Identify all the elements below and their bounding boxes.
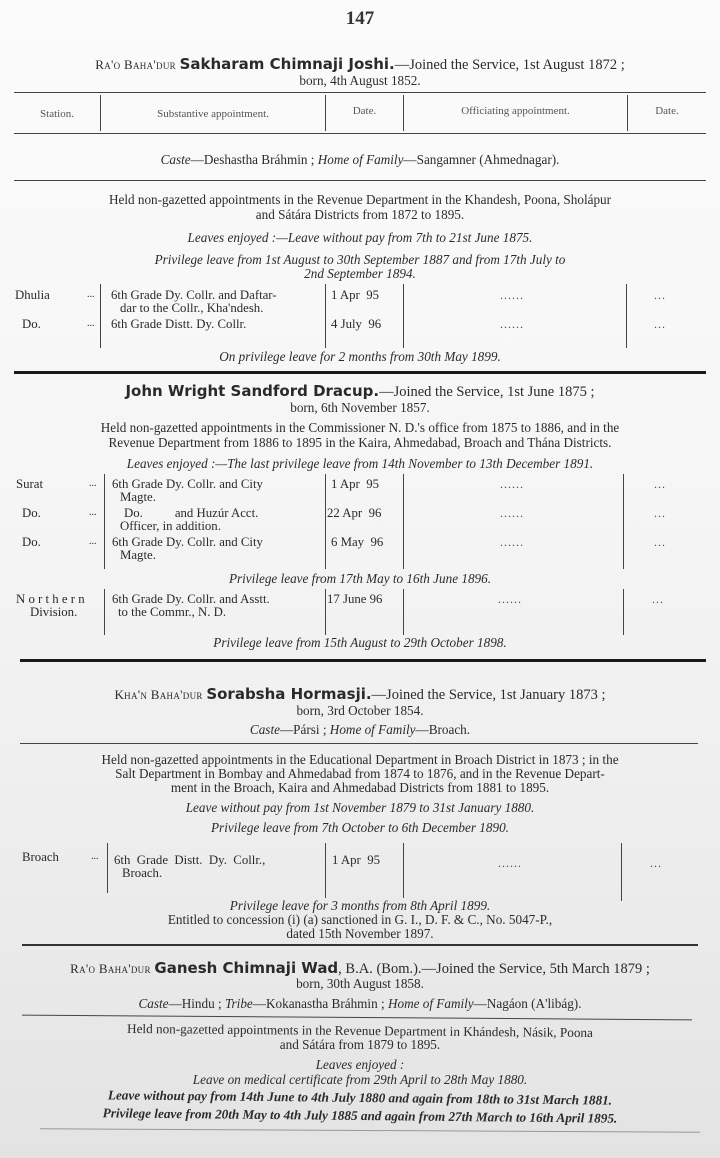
entry-3-name: Sorabsha Hormasji. <box>206 685 371 703</box>
entry-1-held-1: Held non-gazetted appointments in the Re… <box>0 192 720 207</box>
entry-2-joined: —Joined the Service, 1st June 1875 ; <box>379 384 594 400</box>
home-value: —Sangamner (Ahmednagar). <box>403 152 559 167</box>
entry-3-born: born, 3rd October 1854. <box>0 703 720 718</box>
row-substantive: 6th Grade Dy. Collr. and City <box>112 535 263 549</box>
row-officiating: ...... <box>500 477 524 492</box>
entry-3-note-2: Entitled to concession (i) (a) sanctione… <box>0 912 720 927</box>
entry-2-name: John Wright Sandford Dracup. <box>125 382 379 400</box>
row-officiating: ...... <box>500 506 524 521</box>
entry-separator <box>14 371 706 374</box>
caste-value: —Deshastha Bráhmin ; <box>191 152 315 167</box>
page-number: 147 <box>0 8 720 30</box>
row-substantive-cont: Magte. <box>120 490 156 504</box>
row-date-2: ... <box>654 535 666 550</box>
row-station: Surat <box>16 477 43 491</box>
entry-1-leaves-2: Privilege leave from 1st August to 30th … <box>0 252 720 267</box>
entry-2-born: born, 6th November 1857. <box>0 400 720 415</box>
table-row: Northern Division. 6th Grade Dy. Collr. … <box>0 592 720 622</box>
row-station: Do. <box>22 535 41 549</box>
row-leader-dots: ... <box>89 506 97 520</box>
row-date: 4 July 96 <box>331 317 381 331</box>
home-value: —Broach. <box>416 722 471 737</box>
row-date: 1 Apr 95 <box>331 477 379 491</box>
entry-separator <box>22 944 698 946</box>
row-date-2: ... <box>652 592 664 607</box>
row-station: Do. <box>22 506 41 520</box>
col-header-officiating: Officiating appointment. <box>404 105 627 117</box>
entry-3-caste-line: Caste—Pársi ; Home of Family—Broach. <box>0 722 720 737</box>
row-officiating: ...... <box>498 592 522 607</box>
entry-1-joined: —Joined the Service, 1st August 1872 ; <box>395 57 625 73</box>
entry-1-title: Ra'o Baha'dur Sakharam Chimnaji Joshi.—J… <box>0 56 720 73</box>
row-substantive: 6th Grade Dy. Collr. and Daftar- <box>111 288 277 302</box>
table-row: Broach ... 6th Grade Distt. Dy. Collr., … <box>0 850 720 880</box>
row-substantive-cont: dar to the Collr., Kha'ndesh. <box>120 301 263 315</box>
table-header-top-rule <box>14 92 706 93</box>
table-row: Dhulia ... 6th Grade Dy. Collr. and Daft… <box>0 288 720 318</box>
entry-2-title: John Wright Sandford Dracup.—Joined the … <box>0 383 720 400</box>
row-date-2: ... <box>654 288 666 303</box>
entry-3-title: Kha'n Baha'dur Sorabsha Hormasji.—Joined… <box>0 686 720 703</box>
home-value: —Nagáon (A'libág). <box>474 996 582 1011</box>
row-substantive-cont: Broach. <box>122 866 162 880</box>
row-date: 17 June 96 <box>327 592 382 606</box>
row-substantive-cont: Magte. <box>120 548 156 562</box>
table-header: Station. Substantive appointment. Date. … <box>14 95 706 131</box>
row-date: 1 Apr 95 <box>331 288 379 302</box>
col-header-date: Date. <box>326 105 403 117</box>
table-row: Do. ... Do. and Huzúr Acct. Officer, in … <box>0 506 720 536</box>
tribe-label: Tribe <box>225 996 253 1011</box>
entry-2-leaves-1: Leaves enjoyed :—The last privilege leav… <box>0 456 720 471</box>
table-row: Surat ... 6th Grade Dy. Collr. and City … <box>0 477 720 507</box>
row-date-2: ... <box>650 856 662 871</box>
entry-2-note-1: Privilege leave from 17th May to 16th Ju… <box>0 571 720 586</box>
row-leader-dots: ... <box>91 850 99 864</box>
home-label: Home of Family <box>388 996 474 1011</box>
row-station: Dhulia <box>15 288 50 302</box>
row-date: 6 May 96 <box>331 535 383 549</box>
table-header-bottom-rule <box>14 133 706 134</box>
entry-2-held-1: Held non-gazetted appointments in the Co… <box>0 420 720 435</box>
entry-4-leaves-head: Leaves enjoyed : <box>0 1057 720 1072</box>
entry-4-honorific: Ra'o Baha'dur <box>70 961 151 976</box>
caste-label: Caste <box>250 722 280 737</box>
row-substantive: 6th Grade Distt. Dy. Collr. <box>111 317 246 331</box>
divider <box>14 180 706 181</box>
entry-4-caste-line: Caste—Hindu ; Tribe—Kokanastha Bráhmin ;… <box>0 996 720 1011</box>
row-substantive: Do. and Huzúr Acct. <box>124 506 258 520</box>
entry-4-leaves-1: Leave on medical certificate from 29th A… <box>0 1072 720 1087</box>
entry-1-held-2: and Sátára Districts from 1872 to 1895. <box>0 207 720 222</box>
caste-label: Caste <box>138 996 168 1011</box>
row-date: 22 Apr 96 <box>327 506 381 520</box>
entry-3-honorific: Kha'n Baha'dur <box>114 687 202 702</box>
entry-1-honorific: Ra'o Baha'dur <box>95 57 176 72</box>
table-row: Do. ... 6th Grade Dy. Collr. and City Ma… <box>0 535 720 565</box>
row-station: Do. <box>22 317 41 331</box>
entry-4-joined: —Joined the Service, 5th March 1879 ; <box>422 961 650 977</box>
caste-label: Caste <box>161 152 191 167</box>
entry-4-born: born, 30th August 1858. <box>0 976 720 991</box>
row-officiating: ...... <box>500 317 524 332</box>
row-date: 1 Apr 95 <box>332 853 380 867</box>
entry-2-note-2: Privilege leave from 15th August to 29th… <box>0 635 720 650</box>
col-header-substantive: Substantive appointment. <box>101 108 325 120</box>
row-station: Northern <box>16 592 88 606</box>
entry-3-leaves-1: Leave without pay from 1st November 1879… <box>0 800 720 815</box>
divider <box>40 1128 700 1132</box>
caste-value: —Hindu ; <box>169 996 222 1011</box>
entry-4-degree: , B.A. (Bom.). <box>338 961 421 977</box>
row-leader-dots: ... <box>89 535 97 549</box>
entry-4-name: Ganesh Chimnaji Wad <box>154 959 338 977</box>
entry-1-note: On privilege leave for 2 months from 30t… <box>0 349 720 364</box>
row-substantive-cont: Officer, in addition. <box>120 519 221 533</box>
entry-1-leaves-1: Leaves enjoyed :—Leave without pay from … <box>0 230 720 245</box>
row-substantive: 6th Grade Distt. Dy. Collr., <box>114 853 265 867</box>
caste-value: —Pársi ; <box>280 722 327 737</box>
row-substantive-cont: to the Commr., N. D. <box>118 605 226 619</box>
home-label: Home of Family <box>330 722 416 737</box>
row-leader-dots: ... <box>89 477 97 491</box>
col-header-date-2: Date. <box>628 105 706 117</box>
col-header-station: Station. <box>14 108 100 120</box>
row-officiating: ...... <box>500 288 524 303</box>
divider <box>22 1015 692 1021</box>
table-row: Do. ... 6th Grade Distt. Dy. Collr. 4 Ju… <box>0 317 720 333</box>
entry-3-leaves-2: Privilege leave from 7th October to 6th … <box>0 820 720 835</box>
tribe-value: —Kokanastha Bráhmin ; <box>253 996 385 1011</box>
entry-3-note-3: dated 15th November 1897. <box>0 926 720 941</box>
row-officiating: ...... <box>500 535 524 550</box>
entry-3-held-3: ment in the Broach, Kaira and Ahmedabad … <box>0 780 720 795</box>
home-label: Home of Family <box>318 152 404 167</box>
entry-3-note-1: Privilege leave for 3 months from 8th Ap… <box>0 898 720 913</box>
entry-2-held-2: Revenue Department from 1886 to 1895 in … <box>0 435 720 450</box>
row-station-cont: Division. <box>30 605 77 619</box>
divider <box>20 743 698 744</box>
entry-3-held-1: Held non-gazetted appointments in the Ed… <box>0 752 720 767</box>
row-substantive: 6th Grade Dy. Collr. and Asstt. <box>112 592 270 606</box>
entry-1-name: Sakharam Chimnaji Joshi. <box>180 55 395 73</box>
entry-4-title: Ra'o Baha'dur Ganesh Chimnaji Wad, B.A. … <box>0 960 720 977</box>
entry-1-caste-line: Caste—Deshastha Bráhmin ; Home of Family… <box>0 152 720 167</box>
entry-1-leaves-3: 2nd September 1894. <box>0 266 720 281</box>
entry-separator <box>20 659 706 662</box>
entry-1-born: born, 4th August 1852. <box>0 73 720 88</box>
row-leader-dots: ... <box>87 317 95 331</box>
row-date-2: ... <box>654 317 666 332</box>
row-date-2: ... <box>654 506 666 521</box>
entry-4-held-2: and Sátára from 1879 to 1895. <box>0 1037 720 1052</box>
row-station: Broach <box>22 850 59 864</box>
row-leader-dots: ... <box>87 288 95 302</box>
entry-3-held-2: Salt Department in Bombay and Ahmedabad … <box>0 766 720 781</box>
row-date-2: ... <box>654 477 666 492</box>
row-substantive: 6th Grade Dy. Collr. and City <box>112 477 263 491</box>
row-officiating: ...... <box>498 856 522 871</box>
entry-3-joined: —Joined the Service, 1st January 1873 ; <box>372 687 606 703</box>
